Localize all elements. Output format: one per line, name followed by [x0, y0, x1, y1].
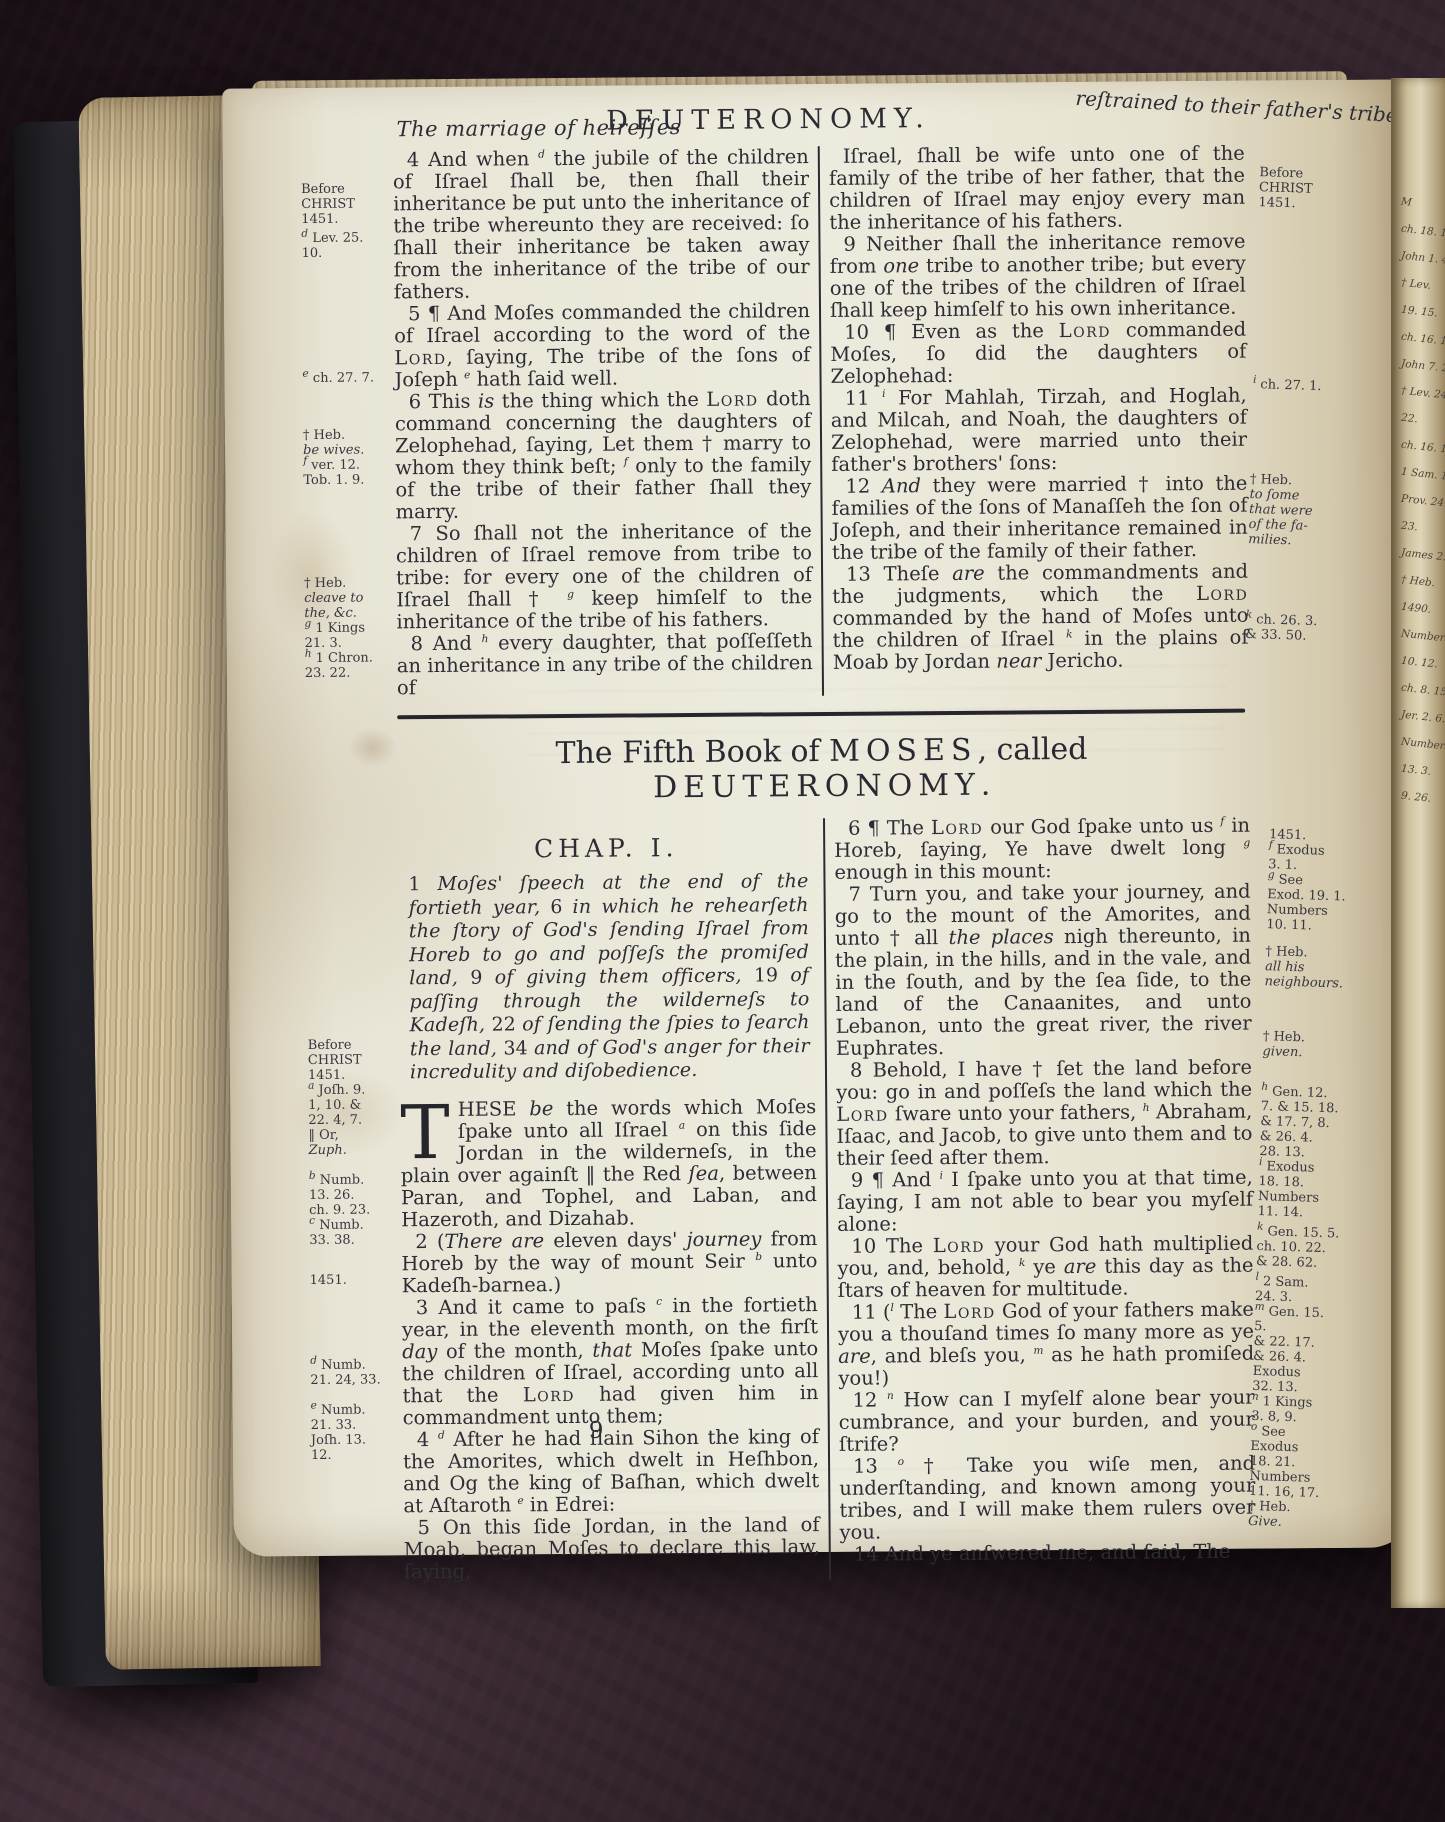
margin-note: BeforeCHRIST1451.a Joſh. 9.1, 10. &22. 4… — [308, 1037, 401, 1158]
verse: 7 So ſhall not the inheritance of the ch… — [396, 520, 813, 633]
verse: 5 On this ſide Jordan, in the land of Mo… — [403, 1514, 820, 1583]
verse: 9 Neither ſhall the inheritance remove f… — [829, 231, 1246, 322]
verse: 6 This is the thing which the Lord doth … — [395, 388, 812, 523]
next-page-text-fragment: James 2. 1. — [1400, 547, 1445, 564]
deuteronomy-1-section: BeforeCHRIST1451.a Joſh. 9.1, 10. &22. 4… — [306, 814, 1348, 1584]
margin-note: † Heb.be wives.f ver. 12.Tob. 1. 9. — [303, 427, 395, 488]
deut-left-margin-notes: BeforeCHRIST1451.a Joſh. 9.1, 10. &22. 4… — [306, 821, 403, 1463]
margin-note: † Heb.cleave tothe, &c.g 1 Kings21. 3.h … — [304, 575, 397, 681]
deut-left-column: CHAP. I. 1 Moſes' ſpeech at the end of t… — [398, 818, 820, 1583]
margin-note: n 1 Kings3. 8, 9.o SeeExodus18. 21.Numbe… — [1248, 1394, 1338, 1532]
verse: 2 (There are eleven days' journey from H… — [401, 1228, 818, 1297]
next-page-text-fragment: † Lev. — [1400, 277, 1445, 294]
next-page-text-fragment: 22. — [1400, 412, 1445, 429]
margin-note: BeforeCHRIST1451. — [301, 181, 393, 227]
next-page-text-fragment: 1490. — [1400, 601, 1445, 618]
next-page-text-fragment: John 7. 24. — [1400, 358, 1445, 375]
next-page-text-fragment: 10. 12. — [1400, 655, 1445, 672]
chapter-heading: CHAP. I. — [398, 836, 814, 861]
margin-note: m Gen. 15. 5.& 22. 17.& 26. 4.Exodus32. … — [1252, 1304, 1341, 1397]
next-page-text-fragment: ch. 8. 15. — [1400, 682, 1445, 699]
next-page-text-fragment: 9. 26. — [1400, 790, 1445, 807]
verse: 9 ¶ And i I ſpake unto you at that time,… — [837, 1167, 1254, 1236]
deut-left-verses: 2 (There are eleven days' journey from H… — [401, 1228, 820, 1583]
verse: 10 The Lord your God hath multiplied you… — [837, 1233, 1254, 1302]
page-content: The marriage of heireſſes DEUTERONOMY. r… — [300, 98, 1348, 1584]
next-page-text-fragment: † Heb. — [1400, 574, 1445, 591]
next-page-text-fragment: ch. 18. 15. — [1400, 223, 1445, 240]
verse: Iſrael, ſhall be wife unto one of the fa… — [829, 143, 1246, 234]
margin-note: BeforeCHRIST1451. — [1258, 165, 1345, 213]
next-page-text-fragment: M — [1400, 196, 1445, 213]
next-page-text-fragment: Prov. 24. — [1400, 493, 1445, 510]
verse: 10 ¶ Even as the Lord commanded Moſes, ſ… — [830, 319, 1247, 388]
margin-note: k Gen. 15. 5.ch. 10. 22.& 28. 62. — [1256, 1224, 1343, 1272]
margin-note: i ch. 27. 1. — [1253, 377, 1339, 395]
next-page-curled-edge: Mch. 18. 15.John 1. 45.† Lev.19. 15.ch. … — [1391, 78, 1445, 1608]
verse: 11 i For Mahlah, Tirzah, and Hoglah, and… — [831, 385, 1248, 476]
margin-note: e ch. 27. 7. — [302, 370, 394, 386]
verse: 4 d After he had ſlain Sihon the king of… — [403, 1426, 820, 1517]
verse: 5 ¶ And Moſes commanded the children of … — [394, 300, 811, 391]
next-page-text-fragment: Numbers — [1400, 628, 1445, 645]
verse-text: HESE be the words which Moſes ſpake unto… — [401, 1095, 817, 1231]
running-head: The marriage of heireſſes DEUTERONOMY. r… — [300, 98, 1336, 150]
margin-note: † Heb.to ſomethat wereof the fa-milies. — [1248, 472, 1336, 550]
margin-note: † Heb.given. — [1262, 1029, 1349, 1062]
numbers-right-column: Iſrael, ſhall be wife unto one of the fa… — [829, 143, 1249, 674]
margin-note: l 2 Sam.24. 3. — [1255, 1274, 1342, 1307]
verse: 12 n How can I myſelf alone bear your cu… — [838, 1387, 1255, 1456]
margin-note: 1451. — [310, 1272, 402, 1288]
left-page: The marriage of heireſſes DEUTERONOMY. r… — [222, 79, 1415, 1556]
verse: 3 And it came to paſs c in the fortieth … — [402, 1294, 819, 1429]
margin-note: 1451.f Exodus3. 1.g SeeExod. 19. 1.Numbe… — [1266, 827, 1355, 935]
numbers-left-margin-notes: BeforeCHRIST1451.d Lev. 25.10.e ch. 27. … — [301, 149, 397, 681]
margin-note: d Lev. 25.10. — [301, 230, 393, 261]
margin-note: e Numb.21. 33.Joſh. 13.12. — [311, 1402, 403, 1463]
next-page-text-fragment: 19. 15. — [1400, 304, 1445, 321]
verse: 8 Behold, I have † ſet the land before y… — [836, 1057, 1253, 1170]
page-number: 9 — [589, 1418, 604, 1444]
verse: 6 ¶ The Lord our God ſpake unto us f in … — [834, 815, 1251, 884]
numbers-36-section: BeforeCHRIST1451.d Lev. 25.10.e ch. 27. … — [301, 142, 1341, 700]
next-page-text-fragment: 1 Sam. 16. 7. — [1400, 466, 1445, 483]
numbers-left-column: 4 And when d the jubile of the children … — [393, 146, 813, 699]
deut-right-margin-notes: 1451.f Exodus3. 1.g SeeExod. 19. 1.Numbe… — [1242, 813, 1356, 1531]
photo-of-open-bible: The marriage of heireſſes DEUTERONOMY. r… — [0, 0, 1445, 1822]
verse: 13 Theſe are the commandments and the ju… — [832, 561, 1249, 674]
next-page-text-fragment: Numbers — [1400, 736, 1445, 753]
verse: 11 (l The Lord God of your fathers make … — [838, 1299, 1255, 1390]
verse: 7 Turn you, and take your journey, and g… — [835, 881, 1252, 1060]
margin-note: k ch. 26. 3.& 33. 50. — [1245, 612, 1332, 645]
numbers-right-margin-notes: BeforeCHRIST1451.i ch. 27. 1.† Heb.to ſo… — [1239, 141, 1346, 645]
column-divider-rule — [823, 818, 831, 1579]
verse: 8 And h every daughter, that poſſeſſeth … — [397, 630, 814, 699]
margin-note: † Heb.all hisneighbours. — [1264, 944, 1351, 992]
chapter-summary: 1 Moſes' ſpeech at the end of the fortie… — [408, 870, 810, 1085]
margin-note: d Numb.21. 24, 33. — [310, 1357, 402, 1388]
book-title: The Fifth Book of MOSES, called DEUTERON… — [397, 731, 1246, 808]
next-page-text-fragment: ch. 16. 18. — [1400, 331, 1445, 348]
verse: 12 And they were married † into the fami… — [831, 473, 1248, 564]
next-page-text-fragment: 23. — [1400, 520, 1445, 537]
next-page-text-fragment: Jer. 2. 6. — [1400, 709, 1445, 726]
margin-note: h Gen. 12.7. & 15. 18.& 17. 7, 8.& 26. 4… — [1259, 1084, 1347, 1162]
deut-right-column: 6 ¶ The Lord our God ſpake unto us f in … — [834, 815, 1256, 1566]
column-divider-rule — [818, 146, 824, 696]
verse: 4 And when d the jubile of the children … — [393, 146, 810, 303]
next-page-text-fragment: 13. 3. — [1400, 763, 1445, 780]
margin-note: i Exodus18. 18.Numbers11. 14. — [1257, 1159, 1345, 1222]
next-page-text-fragment: ch. 16. 19. — [1400, 439, 1445, 456]
verse-with-drop-cap: THESE be the words which Moſes ſpake unt… — [400, 1096, 817, 1231]
verse: 13 o † Take you wiſe men, and underſtand… — [839, 1453, 1256, 1544]
margin-note: b Numb.13. 26.ch. 9. 23.c Numb.33. 38. — [309, 1172, 402, 1248]
section-divider-rule — [397, 709, 1245, 720]
verse: 14 And ye anſwered me, and ſaid, The — [840, 1541, 1256, 1566]
next-page-text-fragment: John 1. 45. — [1400, 250, 1445, 267]
drop-cap-letter: T — [400, 1098, 458, 1160]
next-page-text-fragment: † Lev. 24. — [1400, 385, 1445, 402]
